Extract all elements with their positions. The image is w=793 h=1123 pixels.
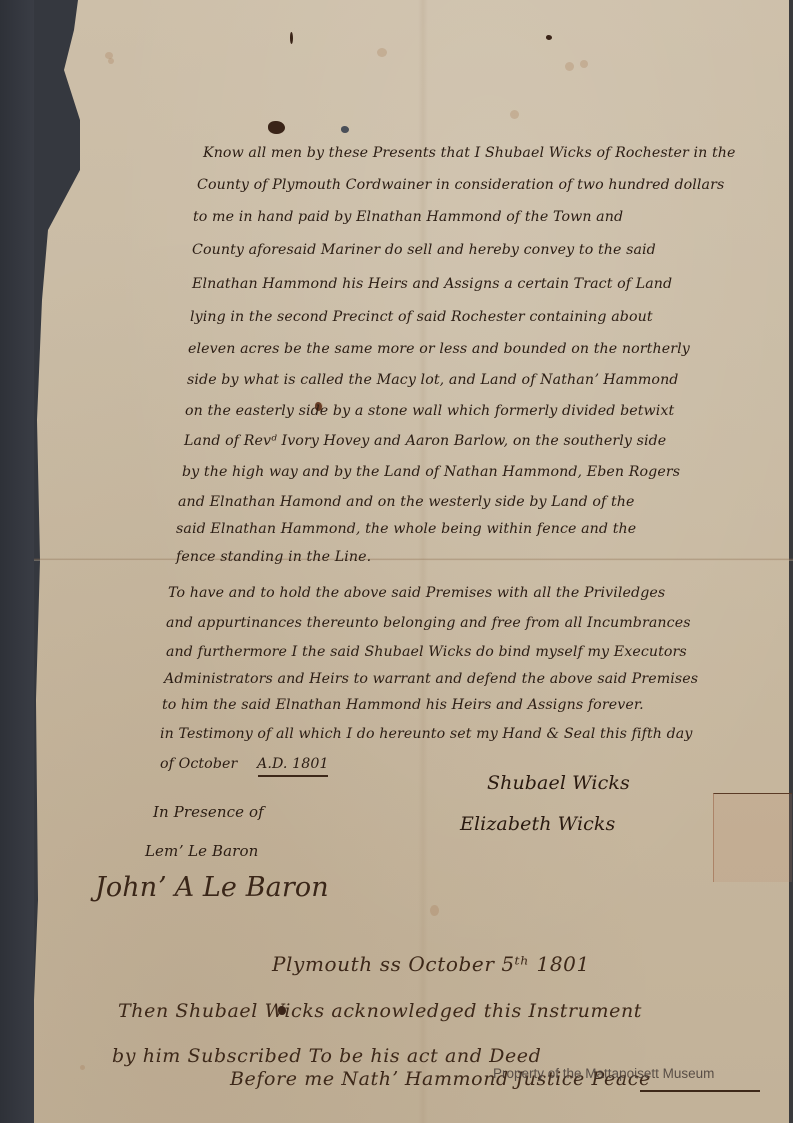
deed-line: County aforesaid Mariner do sell and her…: [192, 242, 656, 258]
horizontal-fold-line: [34, 558, 793, 561]
deed-line: County of Plymouth Cordwainer in conside…: [197, 177, 724, 193]
deed-line: lying in the second Precinct of said Roc…: [190, 309, 653, 325]
habendum-line: Administrators and Heirs to warrant and …: [164, 671, 698, 687]
deed-line: to me in hand paid by Elnathan Hammond o…: [193, 209, 623, 225]
deed-line: on the easterly side by a stone wall whi…: [185, 403, 674, 419]
habendum-line: to him the said Elnathan Hammond his Hei…: [162, 697, 644, 713]
habendum-line: To have and to hold the above said Premi…: [168, 585, 665, 601]
signature-grantor: Shubael Wicks: [487, 772, 630, 794]
ink-blot: [341, 126, 349, 133]
dark-backing: [0, 0, 34, 1123]
witness-name: Lemʼ Le Baron: [145, 842, 258, 860]
habendum-line: and furthermore I the said Shubael Wicks…: [166, 644, 687, 660]
habendum-line: and appurtinances thereunto belonging an…: [166, 615, 691, 631]
deed-line: Know all men by these Presents that I Sh…: [203, 145, 736, 161]
wax-seal-mark: [713, 793, 792, 882]
deed-line: and Elnathan Hamond and on the westerly …: [178, 494, 635, 510]
acknowledgment-line: by him Subscribed To be his act and Deed: [112, 1045, 541, 1067]
deed-line: Elnathan Hammond his Heirs and Assigns a…: [192, 276, 672, 292]
habendum-line: of October: [160, 756, 237, 772]
deed-line: eleven acres be the same more or less an…: [188, 341, 690, 357]
foxing-stain: [565, 62, 574, 71]
witness-label: In Presence of: [153, 803, 264, 821]
acknowledgment-line: Then Shubael Wicks acknowledged this Ins…: [118, 1000, 642, 1022]
date-underline: [258, 775, 328, 777]
deed-line: fence standing in the Line.: [176, 549, 371, 565]
foxing-stain: [430, 905, 439, 916]
justice-underline: [640, 1090, 760, 1092]
foxing-stain: [108, 58, 114, 64]
signature-spouse: Elizabeth Wicks: [460, 813, 615, 835]
ink-blot: [268, 121, 285, 134]
deed-line: Land of Revᵈ Ivory Hovey and Aaron Barlo…: [184, 433, 666, 449]
acknowledgment-heading: Plymouth ss October 5ᵗʰ 1801: [272, 952, 590, 976]
witness-name: Johnʼ A Le Baron: [95, 872, 329, 903]
deed-line: said Elnathan Hammond, the whole being w…: [176, 521, 636, 537]
deed-line: side by what is called the Macy lot, and…: [187, 372, 678, 388]
scanned-document: Know all men by these Presents that I Sh…: [0, 0, 793, 1123]
ink-blot: [290, 32, 293, 44]
deed-line: by the high way and by the Land of Natha…: [182, 464, 680, 480]
foxing-stain: [377, 48, 387, 57]
habendum-line: in Testimony of all which I do hereunto …: [160, 726, 692, 742]
right-backing-edge: [789, 0, 793, 1123]
foxing-stain: [580, 60, 588, 68]
museum-watermark: Property of the Mattapoisett Museum: [493, 1066, 714, 1081]
ink-blot: [546, 35, 552, 40]
deed-date-year: A.D. 1801: [257, 756, 329, 772]
foxing-stain: [80, 1065, 85, 1070]
foxing-stain: [510, 110, 519, 119]
